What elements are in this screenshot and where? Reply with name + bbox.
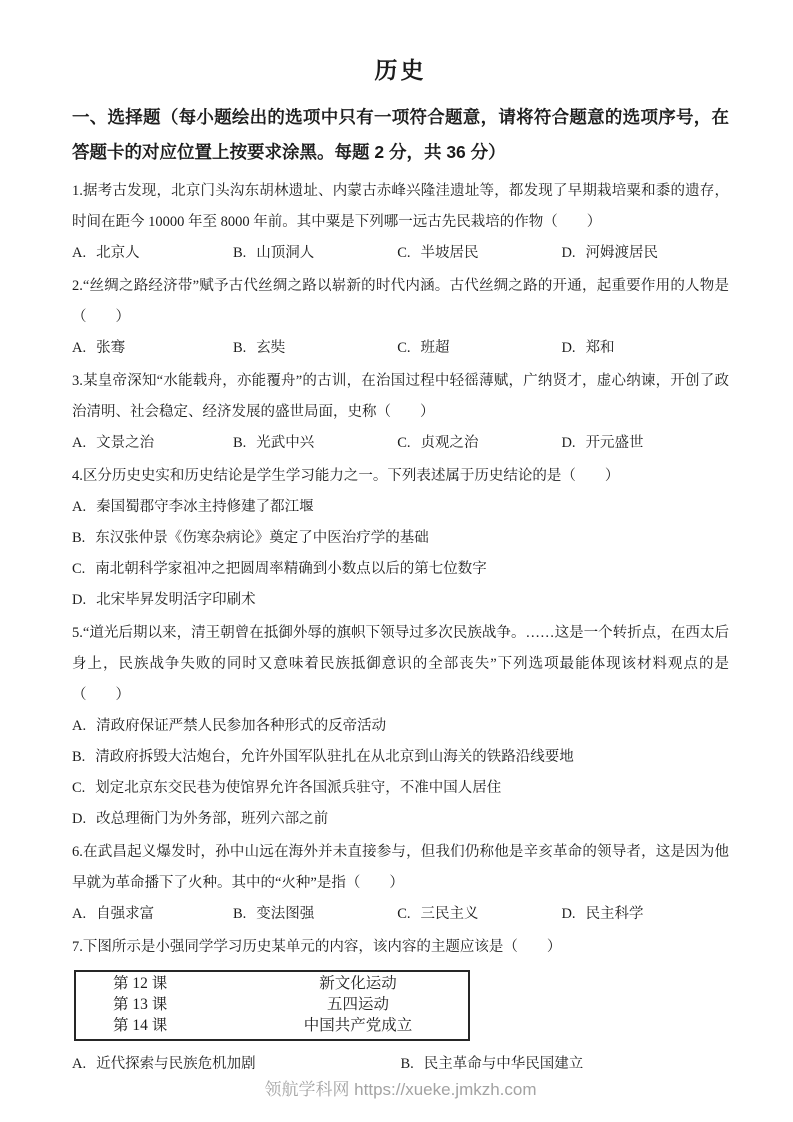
option-A: A.张骞 xyxy=(72,333,233,364)
option-label: A. xyxy=(72,245,86,261)
option-label: B. xyxy=(233,906,246,922)
option-label: B. xyxy=(233,245,246,261)
option-label: C. xyxy=(397,340,410,356)
page-title: 历史 xyxy=(72,56,729,86)
option-text: 清政府拆毁大沽炮台，允许外国军队驻扎在从北京到山海关的铁路沿线要地 xyxy=(95,749,574,765)
option-D: D.民主科学 xyxy=(561,899,729,930)
option-A: A.近代探索与民族危机加剧 xyxy=(72,1049,401,1080)
table-row: 第 14 课中国共产党成立 xyxy=(76,1015,468,1036)
question-2: 2.“丝绸之路经济带”赋予古代丝绸之路以崭新的时代内涵。古代丝绸之路的开通，起重… xyxy=(72,271,729,364)
question-1: 1.据考古发现，北京门头沟东胡林遗址、内蒙古赤峰兴隆洼遗址等，都发现了早期栽培粟… xyxy=(72,176,729,269)
option-D: D.开元盛世 xyxy=(561,428,729,459)
option-label: D. xyxy=(561,340,575,356)
option-label: A. xyxy=(72,340,86,356)
option-B: B.变法图强 xyxy=(233,899,397,930)
option-text: 划定北京东交民巷为使馆界允许各国派兵驻守，不准中国人居住 xyxy=(95,780,501,796)
lesson-number-cell: 第 13 课 xyxy=(76,994,266,1015)
question-text: 3.某皇帝深知“水能载舟，亦能覆舟”的古训，在治国过程中轻徭薄赋，广纳贤才，虚心… xyxy=(72,366,729,428)
option-text: 光武中兴 xyxy=(256,435,314,451)
option-label: D. xyxy=(561,435,575,451)
option-D: D.北宋毕昇发明活字印刷术 xyxy=(72,585,729,616)
option-C: C.南北朝科学家祖冲之把圆周率精确到小数点以后的第七位数字 xyxy=(72,554,729,585)
watermark: 领航学科网 https://xueke.jmkzh.com xyxy=(72,1080,729,1100)
question-5: 5.“道光后期以来，清王朝曾在抵御外辱的旗帜下领导过多次民族战争。……这是一个转… xyxy=(72,618,729,835)
option-label: D. xyxy=(72,811,86,827)
option-text: 贞观之治 xyxy=(421,435,479,451)
option-label: B. xyxy=(72,530,85,546)
option-C: C.半坡居民 xyxy=(397,238,561,269)
options-4: A.秦国蜀郡守李冰主持修建了都江堰B.东汉张仲景《伤寒杂病论》奠定了中医治疗学的… xyxy=(72,492,729,616)
option-text: 三民主义 xyxy=(421,906,479,922)
option-A: A.秦国蜀郡守李冰主持修建了都江堰 xyxy=(72,492,729,523)
lesson-title-cell: 中国共产党成立 xyxy=(266,1015,468,1036)
option-text: 民主革命与中华民国建立 xyxy=(424,1056,584,1072)
section-heading: 一、选择题（每小题绘出的选项中只有一项符合题意，请将符合题意的选项序号，在答题卡… xyxy=(72,100,729,170)
option-B: B.山顶洞人 xyxy=(233,238,397,269)
question-text: 2.“丝绸之路经济带”赋予古代丝绸之路以崭新的时代内涵。古代丝绸之路的开通，起重… xyxy=(72,271,729,333)
option-label: B. xyxy=(72,749,85,765)
option-label: C. xyxy=(397,906,410,922)
options-3: A.文景之治B.光武中兴C.贞观之治D.开元盛世 xyxy=(72,428,729,459)
option-B: B.民主革命与中华民国建立 xyxy=(401,1049,730,1080)
question-4: 4.区分历史史实和历史结论是学生学习能力之一。下列表述属于历史结论的是（ ）A.… xyxy=(72,461,729,616)
question-text: 1.据考古发现，北京门头沟东胡林遗址、内蒙古赤峰兴隆洼遗址等，都发现了早期栽培粟… xyxy=(72,176,729,238)
option-C: C.贞观之治 xyxy=(397,428,561,459)
option-text: 近代探索与民族危机加剧 xyxy=(96,1056,256,1072)
option-C: C.班超 xyxy=(397,333,561,364)
option-label: C. xyxy=(72,561,85,577)
lesson-title-cell: 新文化运动 xyxy=(266,973,468,994)
question-text: 5.“道光后期以来，清王朝曾在抵御外辱的旗帜下领导过多次民族战争。……这是一个转… xyxy=(72,618,729,711)
option-B: B.玄奘 xyxy=(233,333,397,364)
option-label: C. xyxy=(397,435,410,451)
option-text: 郑和 xyxy=(586,340,615,356)
option-label: D. xyxy=(72,592,86,608)
option-label: A. xyxy=(72,718,86,734)
option-text: 北京人 xyxy=(96,245,140,261)
option-label: A. xyxy=(72,435,86,451)
exam-page: 历史 一、选择题（每小题绘出的选项中只有一项符合题意，请将符合题意的选项序号，在… xyxy=(0,0,793,1122)
question-6: 6.在武昌起义爆发时，孙中山远在海外并未直接参与，但我们仍称他是辛亥革命的领导者… xyxy=(72,837,729,930)
question-text: 7.下图所示是小强同学学习历史某单元的内容，该内容的主题应该是（ ） xyxy=(72,932,729,963)
option-A: A.北京人 xyxy=(72,238,233,269)
option-label: C. xyxy=(72,780,85,796)
question-text: 4.区分历史史实和历史结论是学生学习能力之一。下列表述属于历史结论的是（ ） xyxy=(72,461,729,492)
option-label: A. xyxy=(72,499,86,515)
option-text: 文景之治 xyxy=(96,435,154,451)
option-label: D. xyxy=(561,906,575,922)
lesson-title-cell: 五四运动 xyxy=(266,994,468,1015)
table-row: 第 13 课五四运动 xyxy=(76,994,468,1015)
option-text: 半坡居民 xyxy=(421,245,479,261)
option-B: B.光武中兴 xyxy=(233,428,397,459)
option-text: 北宋毕昇发明活字印刷术 xyxy=(96,592,256,608)
question-7: 7.下图所示是小强同学学习历史某单元的内容，该内容的主题应该是（ ）第 12 课… xyxy=(72,932,729,1080)
question-3: 3.某皇帝深知“水能载舟，亦能覆舟”的古训，在治国过程中轻徭薄赋，广纳贤才，虚心… xyxy=(72,366,729,459)
option-text: 玄奘 xyxy=(256,340,285,356)
question-text: 6.在武昌起义爆发时，孙中山远在海外并未直接参与，但我们仍称他是辛亥革命的领导者… xyxy=(72,837,729,899)
option-label: B. xyxy=(233,340,246,356)
option-text: 秦国蜀郡守李冰主持修建了都江堰 xyxy=(96,499,314,515)
option-text: 河姆渡居民 xyxy=(586,245,659,261)
options-7: A.近代探索与民族危机加剧B.民主革命与中华民国建立 xyxy=(72,1049,729,1080)
option-C: C.三民主义 xyxy=(397,899,561,930)
option-text: 开元盛世 xyxy=(586,435,644,451)
option-text: 改总理衙门为外务部，班列六部之前 xyxy=(96,811,328,827)
option-text: 张骞 xyxy=(96,340,125,356)
option-D: D.改总理衙门为外务部，班列六部之前 xyxy=(72,804,729,835)
options-5: A.清政府保证严禁人民参加各种形式的反帝活动B.清政府拆毁大沽炮台，允许外国军队… xyxy=(72,711,729,835)
option-text: 民主科学 xyxy=(586,906,644,922)
lesson-number-cell: 第 14 课 xyxy=(76,1015,266,1036)
option-D: D.郑和 xyxy=(561,333,729,364)
option-text: 南北朝科学家祖冲之把圆周率精确到小数点以后的第七位数字 xyxy=(95,561,487,577)
option-B: B.清政府拆毁大沽炮台，允许外国军队驻扎在从北京到山海关的铁路沿线要地 xyxy=(72,742,729,773)
option-label: B. xyxy=(401,1056,414,1072)
option-text: 班超 xyxy=(421,340,450,356)
option-D: D.河姆渡居民 xyxy=(561,238,729,269)
option-text: 变法图强 xyxy=(256,906,314,922)
options-2: A.张骞B.玄奘C.班超D.郑和 xyxy=(72,333,729,364)
option-label: C. xyxy=(397,245,410,261)
option-label: A. xyxy=(72,906,86,922)
option-text: 东汉张仲景《伤寒杂病论》奠定了中医治疗学的基础 xyxy=(95,530,429,546)
option-label: A. xyxy=(72,1056,86,1072)
option-A: A.自强求富 xyxy=(72,899,233,930)
options-1: A.北京人B.山顶洞人C.半坡居民D.河姆渡居民 xyxy=(72,238,729,269)
option-C: C.划定北京东交民巷为使馆界允许各国派兵驻守，不准中国人居住 xyxy=(72,773,729,804)
option-A: A.清政府保证严禁人民参加各种形式的反帝活动 xyxy=(72,711,729,742)
unit-table: 第 12 课新文化运动第 13 课五四运动第 14 课中国共产党成立 xyxy=(74,970,470,1041)
table-row: 第 12 课新文化运动 xyxy=(76,973,468,994)
options-6: A.自强求富B.变法图强C.三民主义D.民主科学 xyxy=(72,899,729,930)
option-B: B.东汉张仲景《伤寒杂病论》奠定了中医治疗学的基础 xyxy=(72,523,729,554)
question-list: 1.据考古发现，北京门头沟东胡林遗址、内蒙古赤峰兴隆洼遗址等，都发现了早期栽培粟… xyxy=(72,174,729,1080)
option-label: D. xyxy=(561,245,575,261)
option-label: B. xyxy=(233,435,246,451)
lesson-number-cell: 第 12 课 xyxy=(76,973,266,994)
option-text: 自强求富 xyxy=(96,906,154,922)
option-text: 清政府保证严禁人民参加各种形式的反帝活动 xyxy=(96,718,386,734)
option-text: 山顶洞人 xyxy=(256,245,314,261)
option-A: A.文景之治 xyxy=(72,428,233,459)
